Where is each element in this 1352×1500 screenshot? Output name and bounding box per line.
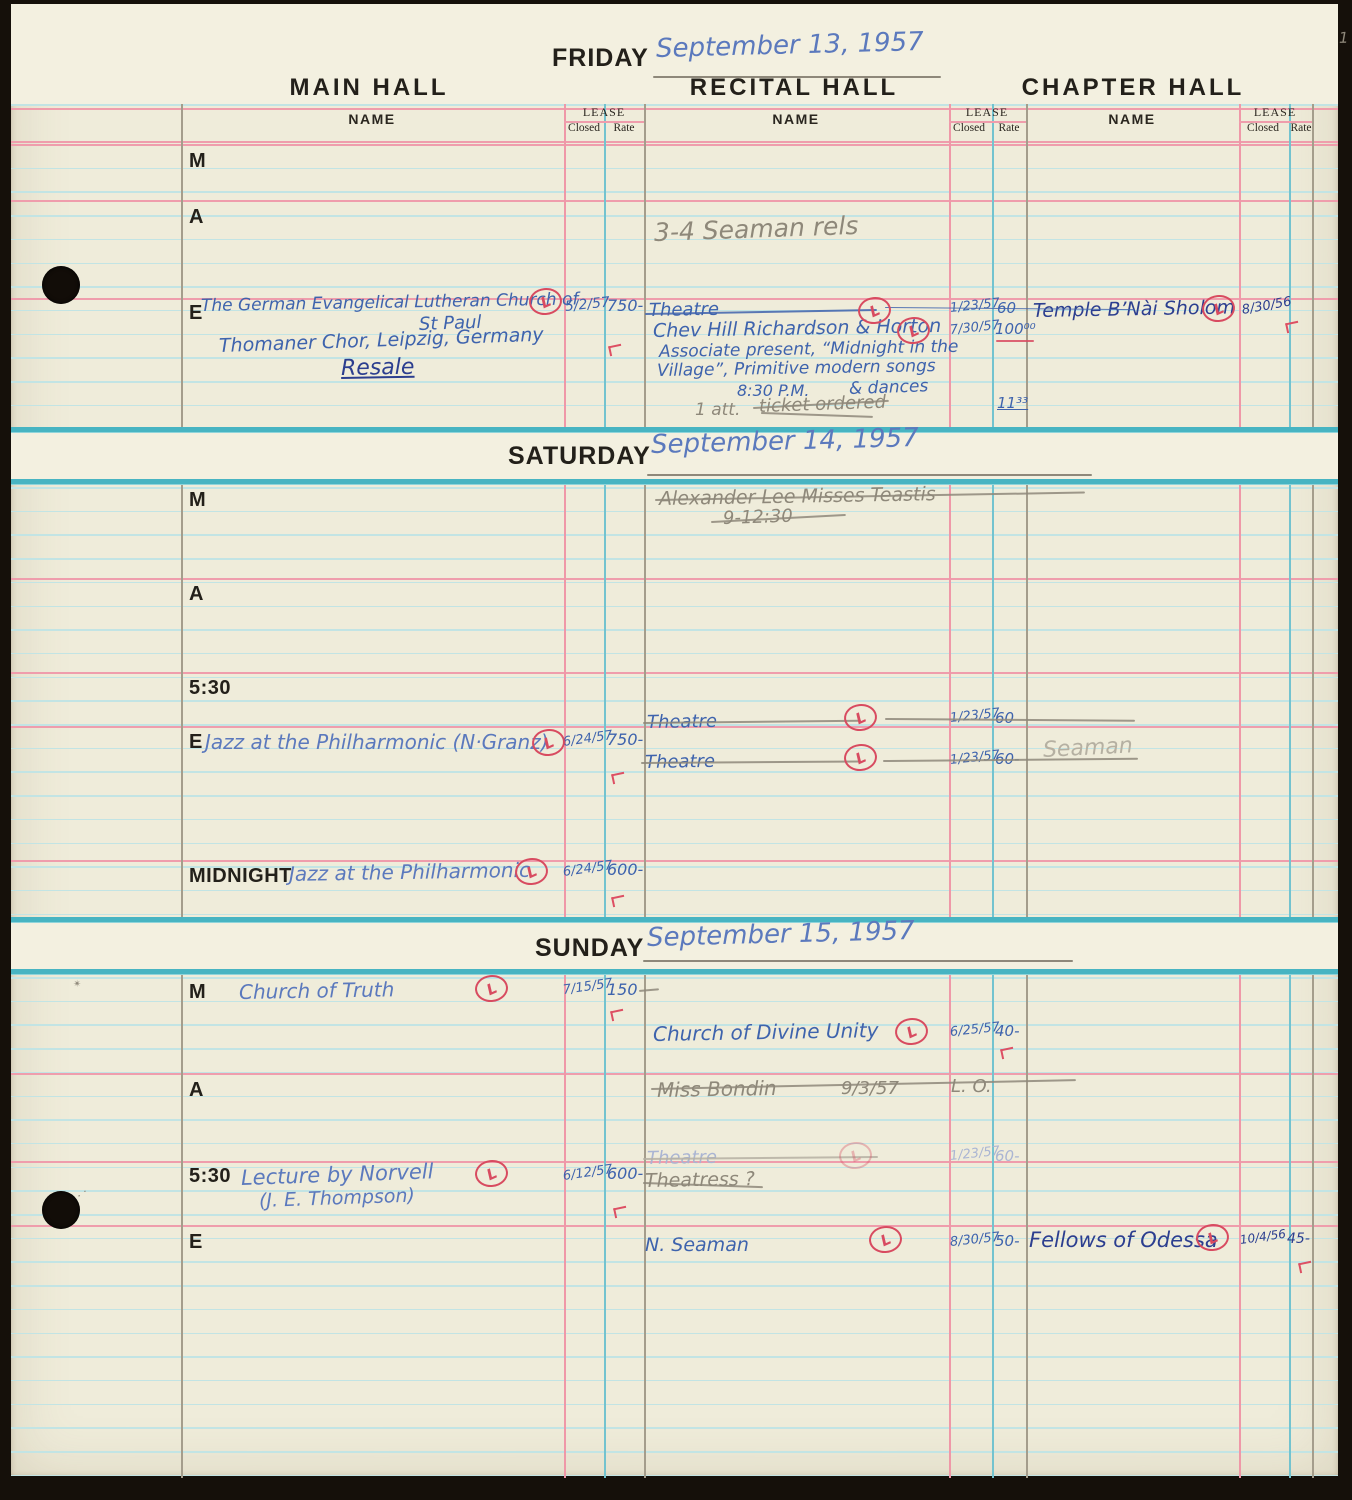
hall-title-main-hall: MAIN HALL — [290, 74, 449, 102]
circled-l-glyph: L — [537, 291, 553, 311]
ruled-line — [11, 890, 1338, 892]
column-line — [1239, 104, 1241, 433]
ledger-entry: 750- — [607, 732, 643, 748]
ruled-line — [11, 405, 1338, 407]
column-line — [992, 479, 994, 923]
ledger-entry: 750- — [607, 298, 643, 314]
circled-l-glyph: L — [866, 300, 882, 320]
column-line — [1289, 479, 1291, 923]
column-line — [181, 969, 183, 1478]
row-divider-line — [11, 1073, 1338, 1075]
ruled-line — [11, 534, 1338, 536]
column-line — [604, 104, 606, 433]
column-line — [1312, 479, 1314, 923]
table-section: MAE — [11, 104, 1338, 433]
ruled-line — [11, 381, 1338, 383]
ruled-line — [11, 511, 1338, 513]
circled-l-glyph: L — [852, 707, 868, 727]
row-divider-line — [11, 578, 1338, 580]
ruled-line — [11, 606, 1338, 608]
day-date-sunday: September 15, 1957 — [647, 918, 915, 951]
row-divider-line — [11, 1225, 1338, 1227]
row-label-midnight: MIDNIGHT — [189, 865, 292, 888]
column-line — [949, 969, 951, 1478]
section-border-line — [11, 479, 1338, 484]
column-line — [1239, 969, 1241, 1478]
ruled-line — [11, 1285, 1338, 1287]
row-label-m: M — [189, 489, 206, 512]
column-header-closed: Closed — [1247, 122, 1279, 134]
column-line — [1026, 969, 1028, 1478]
column-line — [644, 104, 646, 433]
column-line — [949, 479, 951, 923]
day-date-friday: September 13, 1957 — [656, 29, 924, 62]
ledger-entry: Fellows of Odessa — [1029, 1230, 1218, 1251]
column-header-name: NAME — [348, 111, 395, 127]
column-line — [1026, 479, 1028, 923]
circled-l-glyph: L — [852, 747, 868, 767]
circled-l-glyph: L — [1210, 298, 1226, 318]
ledger-entry: ✴ — [73, 980, 81, 990]
row-label-e: E — [189, 1231, 203, 1254]
ruled-line — [11, 977, 1338, 979]
ruled-line — [11, 1404, 1338, 1406]
column-header-name: NAME — [1108, 111, 1155, 127]
column-header-closed: Closed — [568, 122, 600, 134]
ledger-entry: 150 — [607, 982, 638, 998]
ledger-entry: 60- — [995, 1149, 1020, 1164]
row-divider-line — [11, 141, 1338, 143]
row-label-e: E — [189, 731, 203, 754]
ruled-line — [11, 1261, 1338, 1263]
ruled-line — [11, 700, 1338, 702]
ruled-line — [11, 1048, 1338, 1050]
row-label-m: M — [189, 981, 206, 1004]
row-divider-line — [11, 144, 1338, 146]
ruled-line — [11, 1380, 1338, 1382]
ruled-line — [11, 286, 1338, 288]
ledger-entry: 1 att. — [695, 402, 740, 419]
column-line — [604, 969, 606, 1478]
row-divider-line — [11, 200, 1338, 202]
column-header-rate: Rate — [998, 122, 1019, 134]
column-line — [1289, 104, 1291, 433]
column-line — [1026, 104, 1028, 433]
column-line — [949, 104, 951, 433]
column-header-lease: LEASE — [1254, 105, 1296, 120]
column-line — [1312, 969, 1314, 1478]
day-title-sunday: SUNDAY — [535, 934, 644, 963]
section-border-line — [11, 969, 1338, 974]
row-label-a: A — [189, 206, 204, 229]
ledger-entry: 600- — [607, 1166, 643, 1182]
ruled-line — [11, 653, 1338, 655]
ruled-line — [11, 914, 1338, 916]
day-title-saturday: SATURDAY — [508, 442, 651, 471]
column-line — [644, 479, 646, 923]
row-label-530: 5:30 — [189, 1165, 231, 1188]
circled-l-glyph: L — [483, 1163, 499, 1183]
ruled-line — [11, 629, 1338, 631]
ledger-entry: Theatre — [649, 301, 719, 320]
ledger-entry: 45- — [1287, 1232, 1310, 1246]
circled-l-glyph: L — [523, 861, 539, 881]
circled-l-glyph: L — [903, 1021, 919, 1041]
punch-hole — [42, 266, 80, 304]
column-header-rate: Rate — [1290, 122, 1311, 134]
ledger-entry: Jazz at the Philharmonic — [289, 860, 530, 884]
column-line — [181, 104, 183, 433]
ledger-entry: Resale — [341, 357, 415, 380]
lease-header-divider-line — [1239, 121, 1312, 123]
ruled-line — [11, 843, 1338, 845]
ruled-line — [11, 1475, 1338, 1477]
ruled-line — [11, 1427, 1338, 1429]
ledger-entry: ·˙ — [77, 1190, 87, 1202]
ledger-entry: 3-4 Seaman rels — [654, 213, 859, 245]
circled-l-glyph: L — [540, 732, 556, 752]
column-line — [992, 104, 994, 433]
lease-header-divider-line — [949, 121, 1026, 123]
circled-l-glyph: L — [877, 1229, 893, 1249]
column-line — [1239, 479, 1241, 923]
ledger-entry: 100⁰⁰ — [995, 322, 1036, 337]
day-date-saturday: September 14, 1957 — [651, 425, 919, 458]
column-header-name: NAME — [772, 111, 819, 127]
ruled-line — [11, 1143, 1338, 1145]
ruled-line — [11, 104, 1338, 106]
ruled-line — [11, 558, 1338, 560]
ruled-line — [11, 1451, 1338, 1453]
ledger-entry: Church of Truth — [239, 979, 395, 1002]
day-date-underline — [653, 76, 941, 78]
day-title-friday: FRIDAY — [552, 44, 649, 73]
column-line — [644, 969, 646, 1478]
ruled-line — [11, 263, 1338, 265]
hall-title-recital-hall: RECITAL HALL — [690, 74, 898, 102]
column-line — [181, 479, 183, 923]
column-line — [564, 479, 566, 923]
hall-title-chapter-hall: CHAPTER HALL — [1022, 74, 1245, 102]
ledger-entry: 11³³ — [997, 396, 1028, 411]
ledger-entry: Theatress ? — [645, 1170, 755, 1191]
row-label-a: A — [189, 1079, 204, 1102]
ruled-line — [11, 1001, 1338, 1003]
row-label-530: 5:30 — [189, 677, 231, 700]
row-label-m: M — [189, 150, 206, 173]
circled-l-glyph: L — [847, 1145, 863, 1165]
ruled-line — [11, 1309, 1338, 1311]
column-header-lease: LEASE — [966, 105, 1008, 120]
punch-hole — [42, 1191, 80, 1229]
column-header-closed: Closed — [953, 122, 985, 134]
column-line — [1312, 104, 1314, 433]
ledger-entry: N. Seaman — [645, 1236, 749, 1255]
ruled-line — [11, 819, 1338, 821]
lease-header-divider-line — [564, 121, 644, 123]
ruled-line — [11, 168, 1338, 170]
row-divider-line — [11, 108, 1338, 110]
ruled-line — [11, 1214, 1338, 1216]
ledger-entry: (J. E. Thompson) — [259, 1187, 416, 1211]
circled-l-glyph: L — [905, 320, 921, 340]
row-divider-line — [11, 672, 1338, 674]
row-divider-line — [11, 860, 1338, 862]
column-line — [604, 479, 606, 923]
column-line — [564, 969, 566, 1478]
circled-l-glyph: L — [483, 978, 499, 998]
ledger-entry: Jazz at the Philharmonic (N·Granz) — [205, 732, 549, 752]
circled-l-glyph: L — [1204, 1227, 1220, 1247]
day-date-underline — [647, 474, 1092, 476]
column-line — [1289, 969, 1291, 1478]
column-line — [992, 969, 994, 1478]
ruled-line — [11, 1119, 1338, 1121]
ruled-line — [11, 191, 1338, 193]
day-date-underline — [643, 960, 1073, 962]
ledger-page: CHA - BL - V.02 - 101 MAEMA5:30EMIDNIGHT… — [11, 4, 1338, 1476]
ruled-line — [11, 1356, 1338, 1358]
row-label-a: A — [189, 583, 204, 606]
column-header-rate: Rate — [613, 122, 634, 134]
column-header-lease: LEASE — [583, 105, 625, 120]
ruled-line — [11, 582, 1338, 584]
table-section: MA5:30EMIDNIGHT — [11, 479, 1338, 923]
ledger-entry: 50- — [995, 1234, 1020, 1249]
ruled-line — [11, 1333, 1338, 1335]
column-line — [564, 104, 566, 433]
strike-line — [996, 340, 1034, 342]
ledger-entry: Church of Divine Unity — [653, 1020, 879, 1044]
ledger-entry: 40- — [995, 1024, 1020, 1039]
ruled-line — [11, 795, 1338, 797]
ledger-entry: 600- — [607, 862, 643, 878]
